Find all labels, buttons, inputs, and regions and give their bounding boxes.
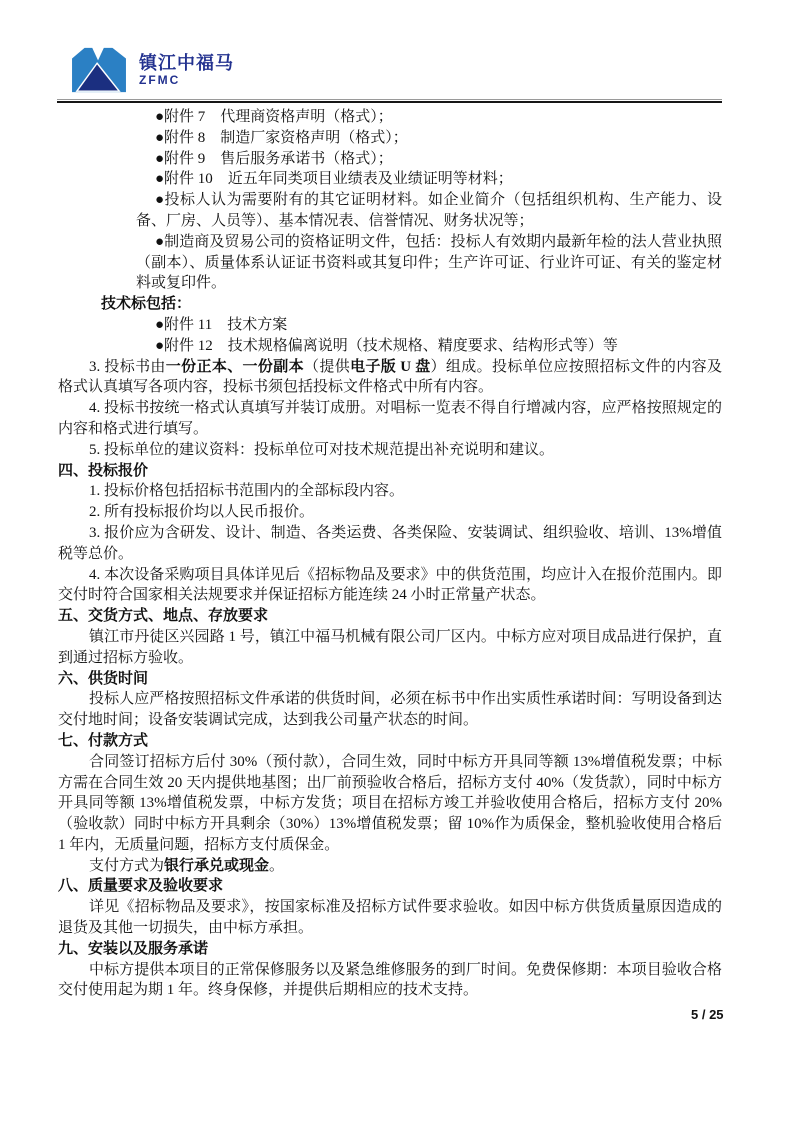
- text-segment: （提供: [304, 359, 350, 375]
- supply-time-paragraph: 投标人应严格按照招标文件承诺的供货时间，必须在标书中作出实质性承诺时间：写明设备…: [58, 689, 722, 731]
- text-segment: ●投标人认为需要附有的其它证明材料。如企业简介（包括组织机构、生产能力、设备、厂…: [136, 192, 722, 229]
- text-segment: 4. 投标书按统一格式认真填写并装订成册。对唱标一览表不得自行增减内容，应严格按…: [58, 400, 722, 437]
- text-segment: 九、安装以及服务承诺: [58, 940, 208, 957]
- section-heading-9: 九、安装以及服务承诺: [58, 939, 722, 960]
- document-page: 镇江中福马 ZFMC ●附件 7 代理商资格声明（格式）；●附件 8 制造厂家资…: [0, 0, 793, 1122]
- service-paragraph: 中标方提供本项目的正常保修服务以及紧急维修服务的到厂时间。免费保修期：本项目验收…: [58, 960, 722, 1002]
- text-segment: 1. 投标价格包括招标书范围内的全部标段内容。: [89, 483, 404, 499]
- text-segment: 3. 报价应为含研发、设计、制造、各类运费、各类保险、安装调试、组织验收、培训、…: [58, 525, 722, 562]
- text-segment: ●附件 12 技术规格偏离说明（技术规格、精度要求、结构形式等）等: [155, 338, 618, 354]
- text-segment: 一份正本、一份副本: [166, 359, 304, 375]
- header-divider: [57, 99, 722, 103]
- text-segment: 。: [269, 858, 284, 874]
- attachment-item-11: ●附件 11 技术方案: [155, 315, 722, 336]
- text-segment: ●附件 7 代理商资格声明（格式）；: [155, 109, 393, 125]
- logo-mountain-icon: [70, 44, 128, 96]
- text-segment: 支付方式为: [89, 858, 164, 874]
- delivery-paragraph: 镇江市丹徒区兴园路 1 号，镇江中福马机械有限公司厂区内。中标方应对项目成品进行…: [58, 627, 722, 669]
- attachment-item-8: ●附件 8 制造厂家资格声明（格式）；: [155, 128, 722, 149]
- price-item-3: 3. 报价应为含研发、设计、制造、各类运费、各类保险、安装调试、组织验收、培训、…: [58, 523, 722, 565]
- company-name-cn: 镇江中福马: [139, 53, 234, 73]
- text-segment: 3. 投标书由: [89, 359, 166, 375]
- section-heading-7: 七、付款方式: [58, 731, 722, 752]
- section-heading-5: 五、交货方式、地点、存放要求: [58, 606, 722, 627]
- company-logo: 镇江中福马 ZFMC: [70, 44, 234, 96]
- text-segment: ●附件 10 近五年同类项目业绩表及业绩证明等材料；: [155, 171, 513, 187]
- text-segment: 电子版 U 盘: [350, 359, 430, 375]
- text-segment: 投标人应严格按照招标文件承诺的供货时间，必须在标书中作出实质性承诺时间：写明设备…: [58, 691, 722, 728]
- text-segment: 合同签订招标方后付 30%（预付款），合同生效，同时中标方开具同等额 13%增值…: [58, 754, 722, 853]
- attachment-item-9: ●附件 9 售后服务承诺书（格式）；: [155, 149, 722, 170]
- price-item-4: 4. 本次设备采购项目具体详见后《招标物品及要求》中的供货范围，均应计入在报价范…: [58, 565, 722, 607]
- text-segment: ●附件 8 制造厂家资格声明（格式）；: [155, 130, 408, 146]
- attachment-item-10: ●附件 10 近五年同类项目业绩表及业绩证明等材料；: [155, 169, 722, 190]
- section-heading-8: 八、质量要求及验收要求: [58, 876, 722, 897]
- technical-bid-label: 技术标包括：: [101, 294, 722, 315]
- text-segment: 五、交货方式、地点、存放要求: [58, 607, 268, 624]
- text-segment: ●附件 9 售后服务承诺书（格式）；: [155, 151, 393, 167]
- price-item-2: 2. 所有投标报价均以人民币报价。: [58, 502, 722, 523]
- price-item-1: 1. 投标价格包括招标书范围内的全部标段内容。: [58, 481, 722, 502]
- text-segment: ●附件 11 技术方案: [155, 317, 287, 333]
- attachment-item-7: ●附件 7 代理商资格声明（格式）；: [155, 107, 722, 128]
- text-segment: 4. 本次设备采购项目具体详见后《招标物品及要求》中的供货范围，均应计入在报价范…: [58, 567, 722, 604]
- text-segment: 2. 所有投标报价均以人民币报价。: [89, 504, 314, 520]
- payment-terms-paragraph: 合同签订招标方后付 30%（预付款），合同生效，同时中标方开具同等额 13%增值…: [58, 752, 722, 856]
- paragraph-item-3: 3. 投标书由一份正本、一份副本（提供电子版 U 盘）组成。投标单位应按照招标文…: [58, 357, 722, 399]
- text-segment: 六、供货时间: [58, 670, 148, 687]
- text-segment: 七、付款方式: [58, 732, 148, 749]
- document-body: ●附件 7 代理商资格声明（格式）；●附件 8 制造厂家资格声明（格式）；●附件…: [58, 107, 722, 1001]
- payment-method-paragraph: 支付方式为银行承兑或现金。: [58, 856, 722, 877]
- quality-paragraph: 详见《招标物品及要求》，按国家标准及招标方试件要求验收。如因中标方供货质量原因造…: [58, 897, 722, 939]
- text-segment: 银行承兑或现金: [164, 858, 269, 874]
- attachment-item-12: ●附件 12 技术规格偏离说明（技术规格、精度要求、结构形式等）等: [155, 336, 722, 357]
- text-segment: 技术标包括：: [101, 295, 191, 312]
- paragraph-item-5: 5. 投标单位的建议资料：投标单位可对技术规范提出补充说明和建议。: [58, 440, 722, 461]
- section-heading-4: 四、投标报价: [58, 461, 722, 482]
- text-segment: 详见《招标物品及要求》，按国家标准及招标方试件要求验收。如因中标方供货质量原因造…: [58, 899, 722, 936]
- company-name-en: ZFMC: [139, 73, 234, 87]
- text-segment: 镇江市丹徒区兴园路 1 号，镇江中福马机械有限公司厂区内。中标方应对项目成品进行…: [58, 629, 722, 666]
- text-segment: 八、质量要求及验收要求: [58, 877, 223, 894]
- text-segment: 四、投标报价: [58, 462, 148, 479]
- text-segment: 中标方提供本项目的正常保修服务以及紧急维修服务的到厂时间。免费保修期：本项目验收…: [58, 962, 722, 999]
- logo-text: 镇江中福马 ZFMC: [139, 53, 234, 87]
- section-heading-6: 六、供货时间: [58, 669, 722, 690]
- bullet-qualification-documents: ●制造商及贸易公司的资格证明文件，包括：投标人有效期内最新年检的法人营业执照（副…: [136, 232, 722, 294]
- text-segment: ●制造商及贸易公司的资格证明文件，包括：投标人有效期内最新年检的法人营业执照（副…: [136, 234, 722, 292]
- paragraph-item-4: 4. 投标书按统一格式认真填写并装订成册。对唱标一览表不得自行增减内容，应严格按…: [58, 398, 722, 440]
- bullet-other-materials: ●投标人认为需要附有的其它证明材料。如企业简介（包括组织机构、生产能力、设备、厂…: [136, 190, 722, 232]
- page-number: 5 / 25: [691, 1007, 724, 1022]
- text-segment: 5. 投标单位的建议资料：投标单位可对技术规范提出补充说明和建议。: [89, 442, 554, 458]
